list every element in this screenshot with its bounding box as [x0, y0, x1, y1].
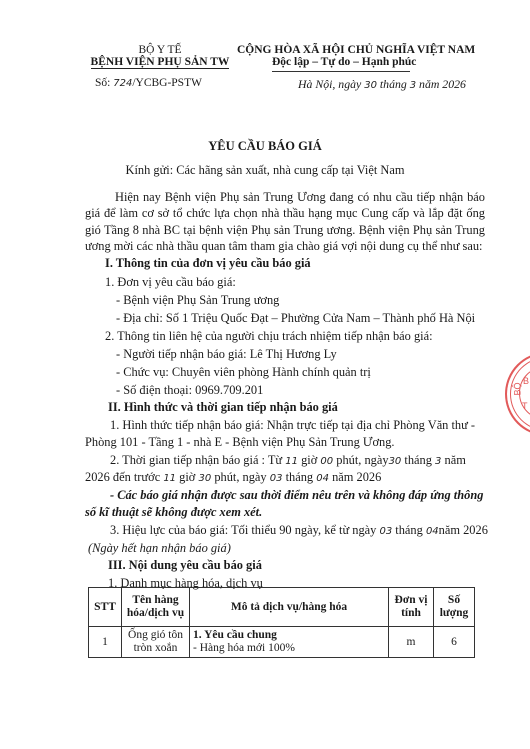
nation-title: CỘNG HÒA XÃ HỘI CHỦ NGHĨA VIỆT NAM [237, 44, 475, 56]
motto-underline [272, 71, 410, 72]
header-quantity: Số lượng [434, 588, 475, 627]
time-prefix: 2. Thời gian tiếp nhận báo giá : Từ [110, 453, 282, 467]
ministry-name: BỘ Y TẾ [80, 44, 240, 56]
cell-unit: m [389, 627, 434, 658]
desc-line: - Hàng hóa mới 100% [193, 642, 385, 655]
time-hour-label: giờ [301, 453, 317, 467]
time-to-hour: 11 [163, 473, 176, 484]
receive-form-line-2: Phòng 101 - Tầng 1 - nhà E - Bệnh viện P… [85, 435, 395, 450]
date-year: năm 2026 [419, 77, 466, 91]
section-2-heading: II. Hình thức và thời gian tiếp nhận báo… [108, 400, 338, 415]
validity-day: 03 [379, 526, 392, 537]
validity-prefix: 3. Hiệu lực của báo giá: Tối thiểu 90 ng… [110, 523, 376, 537]
desc-heading: 1. Yêu cầu chung [193, 629, 385, 642]
section-3-heading: III. Nội dung yêu cầu báo giá [108, 558, 262, 573]
receive-time-line-2: 2026 đến trước 11 giờ 30 phút, ngày 03 t… [85, 470, 381, 485]
receiver-phone: - Số điện thoại: 0969.709.201 [116, 383, 263, 398]
greeting: Kính gửi: Các hãng sản xuất, nhà cung cấ… [0, 163, 530, 178]
time-to-month: 04 [316, 473, 329, 484]
time-to-month-label: tháng [286, 470, 314, 484]
date-day: 30 [364, 80, 377, 91]
date-month-label: tháng [380, 77, 407, 91]
items-table: STT Tên hàng hóa/dịch vụ Mô tả dịch vụ/h… [88, 587, 475, 658]
time-to-day: 03 [270, 473, 283, 484]
validity-year: năm 2026 [439, 523, 488, 537]
table-header-row: STT Tên hàng hóa/dịch vụ Mô tả dịch vụ/h… [89, 588, 475, 627]
section-1-heading: I. Thông tin của đơn vị yêu cầu báo giá [105, 256, 311, 271]
time-line2-prefix: 2026 đến trước [85, 470, 160, 484]
official-stamp: BỘ B T [505, 352, 530, 436]
stamp-letter-2: T [522, 401, 528, 411]
number-handwritten: 724 [113, 78, 132, 89]
section-1-item-2: 2. Thông tin liên hệ của người chịu trác… [105, 329, 433, 344]
cell-stt: 1 [89, 627, 122, 658]
validity-month-label: tháng [395, 523, 423, 537]
time-to-year: năm 2026 [332, 470, 381, 484]
number-label: Số: [95, 77, 110, 89]
time-year-label: năm [445, 453, 466, 467]
section-1-item-1: 1. Đơn vị yêu cầu báo giá: [105, 275, 236, 290]
time-to-hour-label: giờ [179, 470, 195, 484]
time-from-month: 3 [435, 456, 441, 467]
validity-line: 3. Hiệu lực của báo giá: Tối thiểu 90 ng… [110, 523, 488, 538]
time-to-minute-label: phút, ngày [214, 470, 266, 484]
header-unit: Đơn vị tính [389, 588, 434, 627]
header-description: Mô tả dịch vụ/hàng hóa [190, 588, 389, 627]
validity-month: 04 [426, 526, 439, 537]
date-month: 3 [410, 80, 416, 91]
cell-name: Ống gió tôn tròn xoắn [122, 627, 190, 658]
stamp-outer-text: BỘ [513, 382, 523, 395]
header-stt: STT [89, 588, 122, 627]
time-to-minute: 30 [198, 473, 211, 484]
receive-form-line-1: 1. Hình thức tiếp nhận báo giá: Nhận trự… [110, 418, 475, 433]
hospital-name: BỆNH VIỆN PHỤ SẢN TW [80, 56, 240, 68]
stamp-letter-1: B [523, 376, 529, 386]
number-suffix: /YCBG-PSTW [132, 77, 202, 89]
validity-note: (Ngày hết hạn nhận báo giá) [88, 541, 231, 556]
cell-description: 1. Yêu cầu chung - Hàng hóa mới 100% [190, 627, 389, 658]
date-prefix: Hà Nội, ngày [298, 77, 361, 91]
document-title: YÊU CẦU BÁO GIÁ [0, 139, 530, 154]
time-month-label: tháng [404, 453, 432, 467]
motto: Độc lập – Tự do – Hạnh phúc [272, 56, 416, 68]
document-number: Số: 724/YCBG-PSTW [95, 77, 202, 89]
receiver-position: - Chức vụ: Chuyên viên phòng Hành chính … [116, 365, 371, 380]
warning-line-2: số kĩ thuật sẽ không được xem xét. [85, 505, 262, 520]
receiver-name: - Người tiếp nhận báo giá: Lê Thị Hương … [116, 347, 337, 362]
document-date: Hà Nội, ngày 30 tháng 3 năm 2026 [298, 77, 466, 92]
unit-address: - Địa chỉ: Số 1 Triệu Quốc Đạt – Phường … [116, 311, 475, 326]
receive-time-line-1: 2. Thời gian tiếp nhận báo giá : Từ 11 g… [110, 453, 466, 468]
unit-name: - Bệnh viện Phụ Sản Trung ương [116, 293, 279, 308]
intro-paragraph: Hiện nay Bệnh viện Phụ sản Trung Ương đa… [85, 189, 485, 254]
time-from-minute: 00 [320, 456, 333, 467]
time-from-hour: 11 [285, 456, 298, 467]
table-row: 1 Ống gió tôn tròn xoắn 1. Yêu cầu chung… [89, 627, 475, 658]
hospital-name-text: BỆNH VIỆN PHỤ SẢN TW [91, 56, 230, 69]
header-name: Tên hàng hóa/dịch vụ [122, 588, 190, 627]
time-from-day: 30 [389, 456, 402, 467]
time-minute-label: phút, ngày [336, 453, 388, 467]
warning-line-1: - Các báo giá nhận được sau thời điểm nê… [110, 488, 483, 503]
cell-quantity: 6 [434, 627, 475, 658]
